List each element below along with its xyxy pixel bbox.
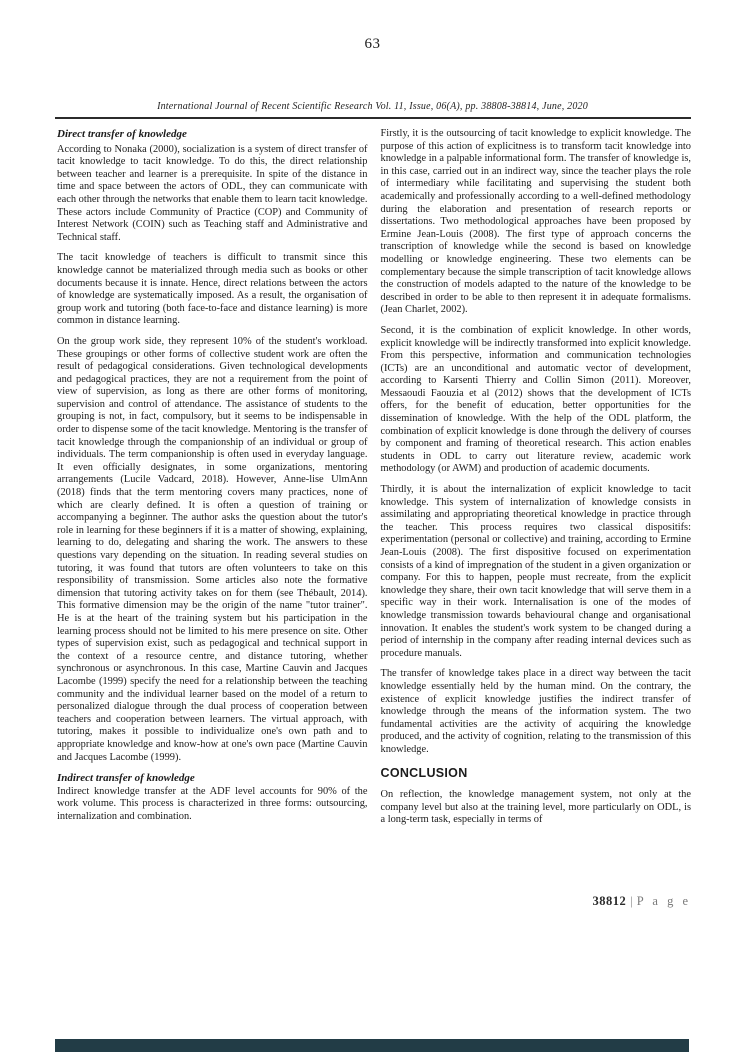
paragraph-thirdly: Thirdly, it is about the internalization…: [381, 484, 692, 660]
right-column: Firstly, it is the outsourcing of tacit …: [381, 128, 692, 835]
bottom-bar: [55, 1039, 689, 1052]
section-heading-conclusion: CONCLUSION: [381, 767, 692, 780]
article-body: Direct transfer of knowledge According t…: [57, 128, 691, 835]
page-footer: 38812|P a g e: [593, 894, 691, 909]
journal-header: International Journal of Recent Scientif…: [0, 101, 745, 112]
section-heading-direct-transfer: Direct transfer of knowledge: [57, 128, 368, 141]
left-column: Direct transfer of knowledge According t…: [57, 128, 368, 835]
journal-page: 63 International Journal of Recent Scien…: [0, 0, 745, 1053]
footer-page-word: P a g e: [637, 894, 691, 908]
section-heading-indirect-transfer: Indirect transfer of knowledge: [57, 772, 368, 785]
paragraph-firstly: Firstly, it is the outsourcing of tacit …: [381, 128, 692, 317]
paragraph-tacit-difficult: The tacit knowledge of teachers is diffi…: [57, 252, 368, 328]
paragraph-conclusion: On reflection, the knowledge management …: [381, 789, 692, 827]
paragraph-second: Second, it is the combination of explici…: [381, 325, 692, 476]
footer-page-number: 38812: [593, 894, 627, 908]
footer-separator: |: [630, 894, 633, 908]
header-rule: [55, 117, 691, 119]
paragraph-group-work: On the group work side, they represent 1…: [57, 336, 368, 764]
paragraph-transfer: The transfer of knowledge takes place in…: [381, 668, 692, 756]
paragraph-indirect: Indirect knowledge transfer at the ADF l…: [57, 786, 368, 824]
page-number: 63: [0, 36, 745, 53]
paragraph-socialization: According to Nonaka (2000), socializatio…: [57, 144, 368, 245]
